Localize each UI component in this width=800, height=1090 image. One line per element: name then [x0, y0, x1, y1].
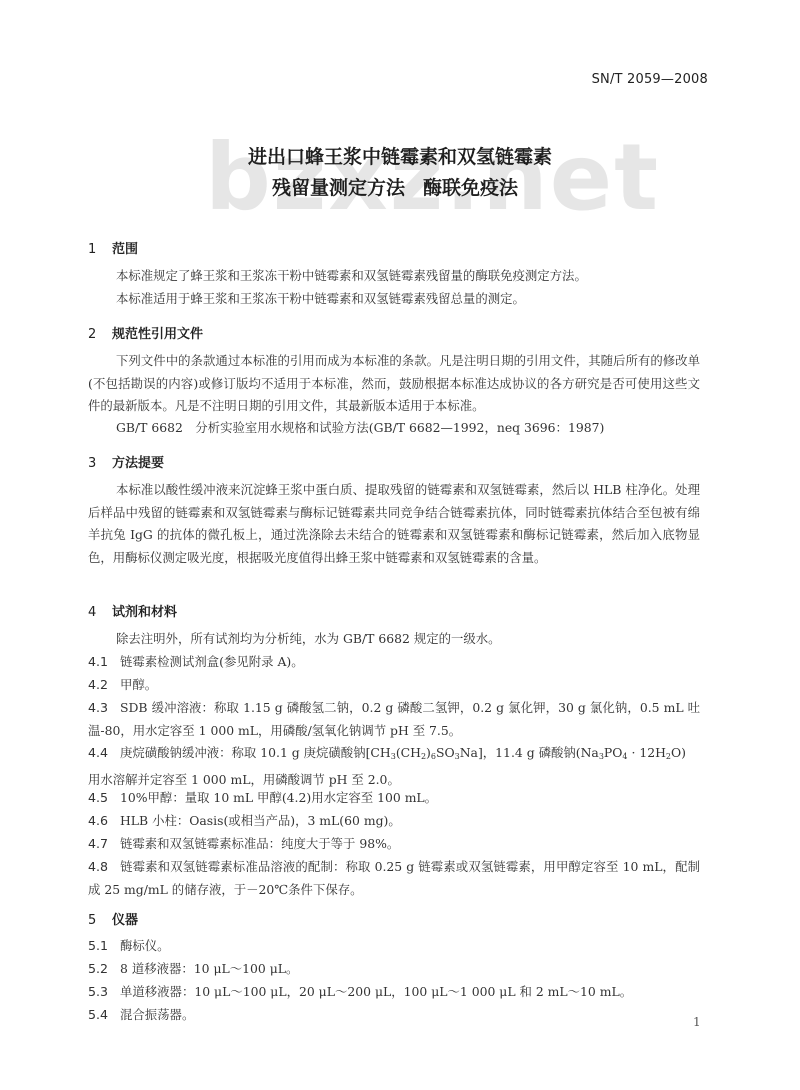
formula-part: O): [671, 745, 686, 760]
section-3-heading: 3方法提要: [88, 452, 164, 471]
item-number: 5.3: [88, 981, 120, 1004]
section-number: 5: [88, 913, 112, 928]
item-number: 4.1: [88, 651, 120, 674]
item-text: 链霉素和双氢链霉素标准品：纯度大于等于 98%。: [120, 836, 399, 851]
list-item: 5.28 道移液器：10 μL～100 μL。: [88, 958, 700, 981]
paragraph: 下列文件中的条款通过本标准的引用而成为本标准的条款。凡是注明日期的引用文件，其随…: [88, 350, 700, 418]
title-line-2-part-a: 残留量测定方法: [272, 177, 405, 199]
list-item: 4.2甲醇。: [88, 674, 700, 697]
item-text: 甲醇。: [120, 677, 157, 692]
item-text: 酶标仪。: [120, 938, 170, 953]
item-number: 4.4: [88, 742, 120, 765]
section-number: 3: [88, 456, 112, 471]
item-text: SDB 缓冲溶液：称取 1.15 g 磷酸氢二钠，0.2 g 磷酸二氢钾，0.2…: [88, 700, 700, 738]
list-item: 5.1酶标仪。: [88, 935, 700, 958]
list-item: 4.8链霉素和双氢链霉素标准品溶液的配制：称取 0.25 g 链霉素或双氢链霉素…: [88, 856, 700, 901]
list-item: 4.3SDB 缓冲溶液：称取 1.15 g 磷酸氢二钠，0.2 g 磷酸二氢钾，…: [88, 697, 700, 742]
item-number: 4.6: [88, 810, 120, 833]
reference-entry: GB/T 6682 分析实验室用水规格和试验方法(GB/T 6682—1992，…: [88, 417, 700, 440]
list-item: 4.6HLB 小柱：Oasis(或相当产品)，3 mL(60 mg)。: [88, 810, 700, 833]
item-text: 链霉素和双氢链霉素标准品溶液的配制：称取 0.25 g 链霉素或双氢链霉素，用甲…: [88, 859, 700, 897]
item-text: HLB 小柱：Oasis(或相当产品)，3 mL(60 mg)。: [120, 813, 401, 828]
formula-part: Na]，11.4 g 磷酸钠(Na: [460, 745, 599, 760]
title-line-2-part-b: 酶联免疫法: [423, 177, 518, 199]
list-item: 4.510%甲醇：量取 10 mL 甲醇(4.2)用水定容至 100 mL。: [88, 787, 700, 810]
title-line-1: 进出口蜂王浆中链霉素和双氢链霉素: [0, 142, 800, 169]
section-number: 1: [88, 242, 112, 257]
item-text: 用水溶解并定容至 1 000 mL，用磷酸调节 pH 至 2.0。: [88, 772, 400, 787]
section-number: 4: [88, 605, 112, 620]
formula-part: PO: [604, 745, 623, 760]
formula-part: · 12H: [628, 745, 666, 760]
item-number: 5.4: [88, 1004, 120, 1027]
page-number: 1: [693, 1015, 701, 1029]
section-title: 范围: [112, 242, 138, 257]
formula-part: (CH: [396, 745, 421, 760]
item-text: 10%甲醇：量取 10 mL 甲醇(4.2)用水定容至 100 mL。: [120, 790, 437, 805]
item-number: 4.2: [88, 674, 120, 697]
list-item: 5.4混合振荡器。: [88, 1004, 700, 1027]
item-number: 4.3: [88, 697, 120, 720]
section-2-heading: 2规范性引用文件: [88, 323, 203, 342]
title-line-2: 残留量测定方法酶联免疫法: [0, 173, 795, 200]
paragraph: 本标准规定了蜂王浆和王浆冻干粉中链霉素和双氢链霉素残留量的酶联免疫测定方法。: [88, 265, 700, 288]
list-item: 4.1链霉素检测试剂盒(参见附录 A)。: [88, 651, 700, 674]
item-text: 链霉素检测试剂盒(参见附录 A)。: [120, 654, 304, 669]
section-1-heading: 1范围: [88, 238, 138, 257]
section-title: 仪器: [112, 913, 138, 928]
paragraph: 本标准适用于蜂王浆和王浆冻干粉中链霉素和双氢链霉素残留总量的测定。: [88, 288, 700, 311]
section-5-heading: 5仪器: [88, 909, 138, 928]
paragraph: 本标准以酸性缓冲液来沉淀蜂王浆中蛋白质、提取残留的链霉素和双氢链霉素，然后以 H…: [88, 479, 700, 569]
list-item: 5.3单道移液器：10 μL～100 μL，20 μL～200 μL，100 μ…: [88, 981, 700, 1004]
item-number: 5.2: [88, 958, 120, 981]
standard-code: SN/T 2059—2008: [592, 72, 708, 87]
paragraph: 除去注明外，所有试剂均为分析纯，水为 GB/T 6682 规定的一级水。: [88, 628, 700, 651]
item-text: 庚烷磺酸钠缓冲液：称取 10.1 g 庚烷磺酸钠[CH: [120, 745, 391, 760]
item-number: 4.8: [88, 856, 120, 879]
section-4-heading: 4试剂和材料: [88, 601, 177, 620]
item-text: 混合振荡器。: [120, 1007, 194, 1022]
list-item: 4.7链霉素和双氢链霉素标准品：纯度大于等于 98%。: [88, 833, 700, 856]
item-number: 4.7: [88, 833, 120, 856]
section-title: 方法提要: [112, 456, 164, 471]
item-text: 单道移液器：10 μL～100 μL，20 μL～200 μL，100 μL～1…: [120, 984, 632, 999]
section-title: 试剂和材料: [112, 605, 177, 620]
section-title: 规范性引用文件: [112, 327, 203, 342]
section-number: 2: [88, 327, 112, 342]
list-item: 4.4庚烷磺酸钠缓冲液：称取 10.1 g 庚烷磺酸钠[CH3(CH2)6SO3…: [88, 742, 700, 791]
item-text: 8 道移液器：10 μL～100 μL。: [120, 961, 298, 976]
item-number: 5.1: [88, 935, 120, 958]
item-number: 4.5: [88, 787, 120, 810]
formula-part: SO: [436, 745, 455, 760]
